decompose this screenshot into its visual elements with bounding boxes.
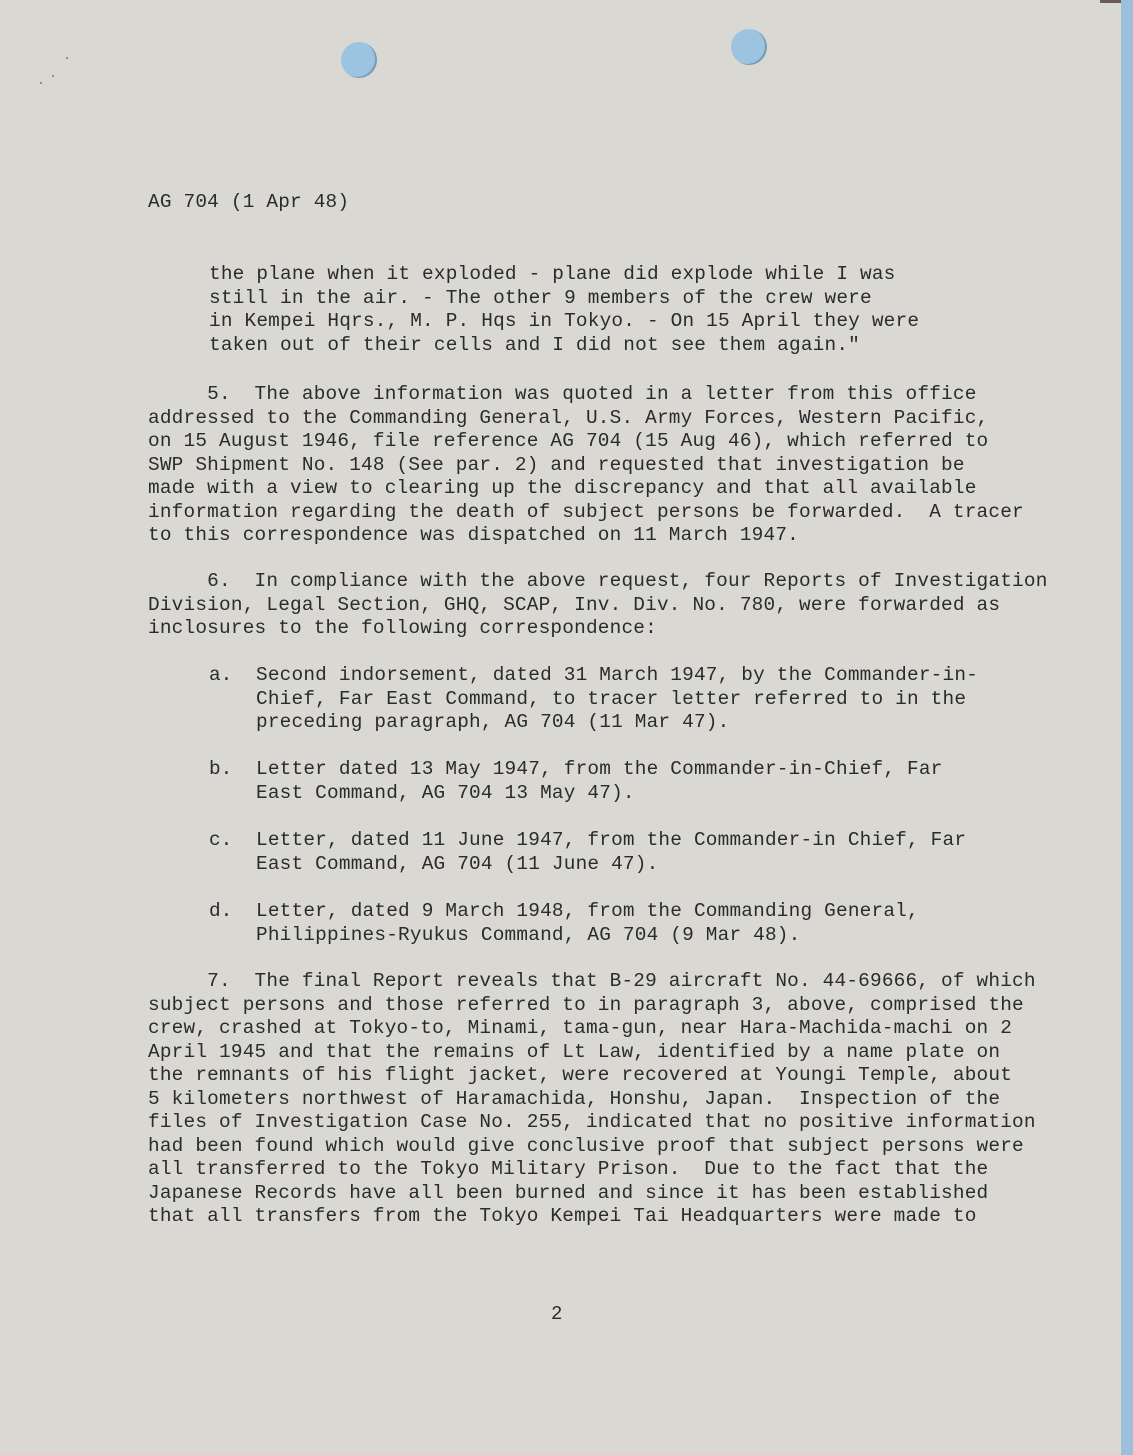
- list-item-label: d.: [209, 900, 232, 924]
- paragraph-line: the remnants of his flight jacket, were …: [148, 1064, 1036, 1088]
- paragraph-line: 5. The above information was quoted in a…: [148, 383, 1024, 407]
- quote-line: the plane when it exploded - plane did e…: [209, 263, 919, 287]
- punch-hole-right: [731, 29, 767, 65]
- paragraph-line: Japanese Records have all been burned an…: [148, 1182, 1036, 1206]
- paragraph-line: information regarding the death of subje…: [148, 501, 1024, 525]
- list-item-line: Letter, dated 9 March 1948, from the Com…: [256, 900, 919, 924]
- paper-speck: [40, 82, 42, 84]
- page-number: 2: [551, 1303, 562, 1325]
- paragraph-line: crew, crashed at Tokyo-to, Minami, tama-…: [148, 1017, 1036, 1041]
- file-reference: AG 704 (1 Apr 48): [148, 191, 349, 215]
- paragraph-line: 6. In compliance with the above request,…: [148, 570, 1048, 594]
- paragraph-5: 5. The above information was quoted in a…: [148, 383, 1024, 548]
- list-item-line: Second indorsement, dated 31 March 1947,…: [256, 664, 978, 688]
- list-item-line: Letter dated 13 May 1947, from the Comma…: [256, 758, 943, 782]
- paragraph-line: subject persons and those referred to in…: [148, 994, 1036, 1018]
- quote-line: still in the air. - The other 9 members …: [209, 287, 919, 311]
- paragraph-line: 5 kilometers northwest of Haramachida, H…: [148, 1088, 1036, 1112]
- paper-speck: [52, 75, 54, 77]
- paragraph-line: to this correspondence was dispatched on…: [148, 524, 1024, 548]
- quote-line: in Kempei Hqrs., M. P. Hqs in Tokyo. - O…: [209, 310, 919, 334]
- paragraph-line: had been found which would give conclusi…: [148, 1135, 1036, 1159]
- list-item-line: East Command, AG 704 13 May 47).: [256, 782, 943, 806]
- paragraph-line: Division, Legal Section, GHQ, SCAP, Inv.…: [148, 594, 1048, 618]
- list-item-line: Philippines-Ryukus Command, AG 704 (9 Ma…: [256, 924, 919, 948]
- list-item-line: preceding paragraph, AG 704 (11 Mar 47).: [256, 711, 978, 735]
- paragraph-line: inclosures to the following corresponden…: [148, 617, 1048, 641]
- punch-hole-left: [341, 42, 377, 78]
- page-edge: [1121, 0, 1133, 1455]
- paragraph-line: made with a view to clearing up the disc…: [148, 477, 1024, 501]
- paragraph-line: on 15 August 1946, file reference AG 704…: [148, 430, 1024, 454]
- list-item-label: c.: [209, 829, 232, 853]
- paragraph-line: 7. The final Report reveals that B-29 ai…: [148, 970, 1036, 994]
- paper-speck: [66, 57, 68, 59]
- list-item-line: East Command, AG 704 (11 June 47).: [256, 853, 966, 877]
- paragraph-line: that all transfers from the Tokyo Kempei…: [148, 1205, 1036, 1229]
- quote-line: taken out of their cells and I did not s…: [209, 334, 919, 358]
- paragraph-7: 7. The final Report reveals that B-29 ai…: [148, 970, 1036, 1229]
- paragraph-line: SWP Shipment No. 148 (See par. 2) and re…: [148, 454, 1024, 478]
- quoted-statement: the plane when it exploded - plane did e…: [209, 263, 919, 357]
- list-item-line: Letter, dated 11 June 1947, from the Com…: [256, 829, 966, 853]
- paragraph-line: files of Investigation Case No. 255, ind…: [148, 1111, 1036, 1135]
- paragraph-line: all transferred to the Tokyo Military Pr…: [148, 1158, 1036, 1182]
- list-item-line: Chief, Far East Command, to tracer lette…: [256, 688, 978, 712]
- paragraph-6: 6. In compliance with the above request,…: [148, 570, 1048, 641]
- list-item-label: b.: [209, 758, 232, 782]
- list-item-label: a.: [209, 664, 232, 688]
- paragraph-line: April 1945 and that the remains of Lt La…: [148, 1041, 1036, 1065]
- paragraph-line: addressed to the Commanding General, U.S…: [148, 407, 1024, 431]
